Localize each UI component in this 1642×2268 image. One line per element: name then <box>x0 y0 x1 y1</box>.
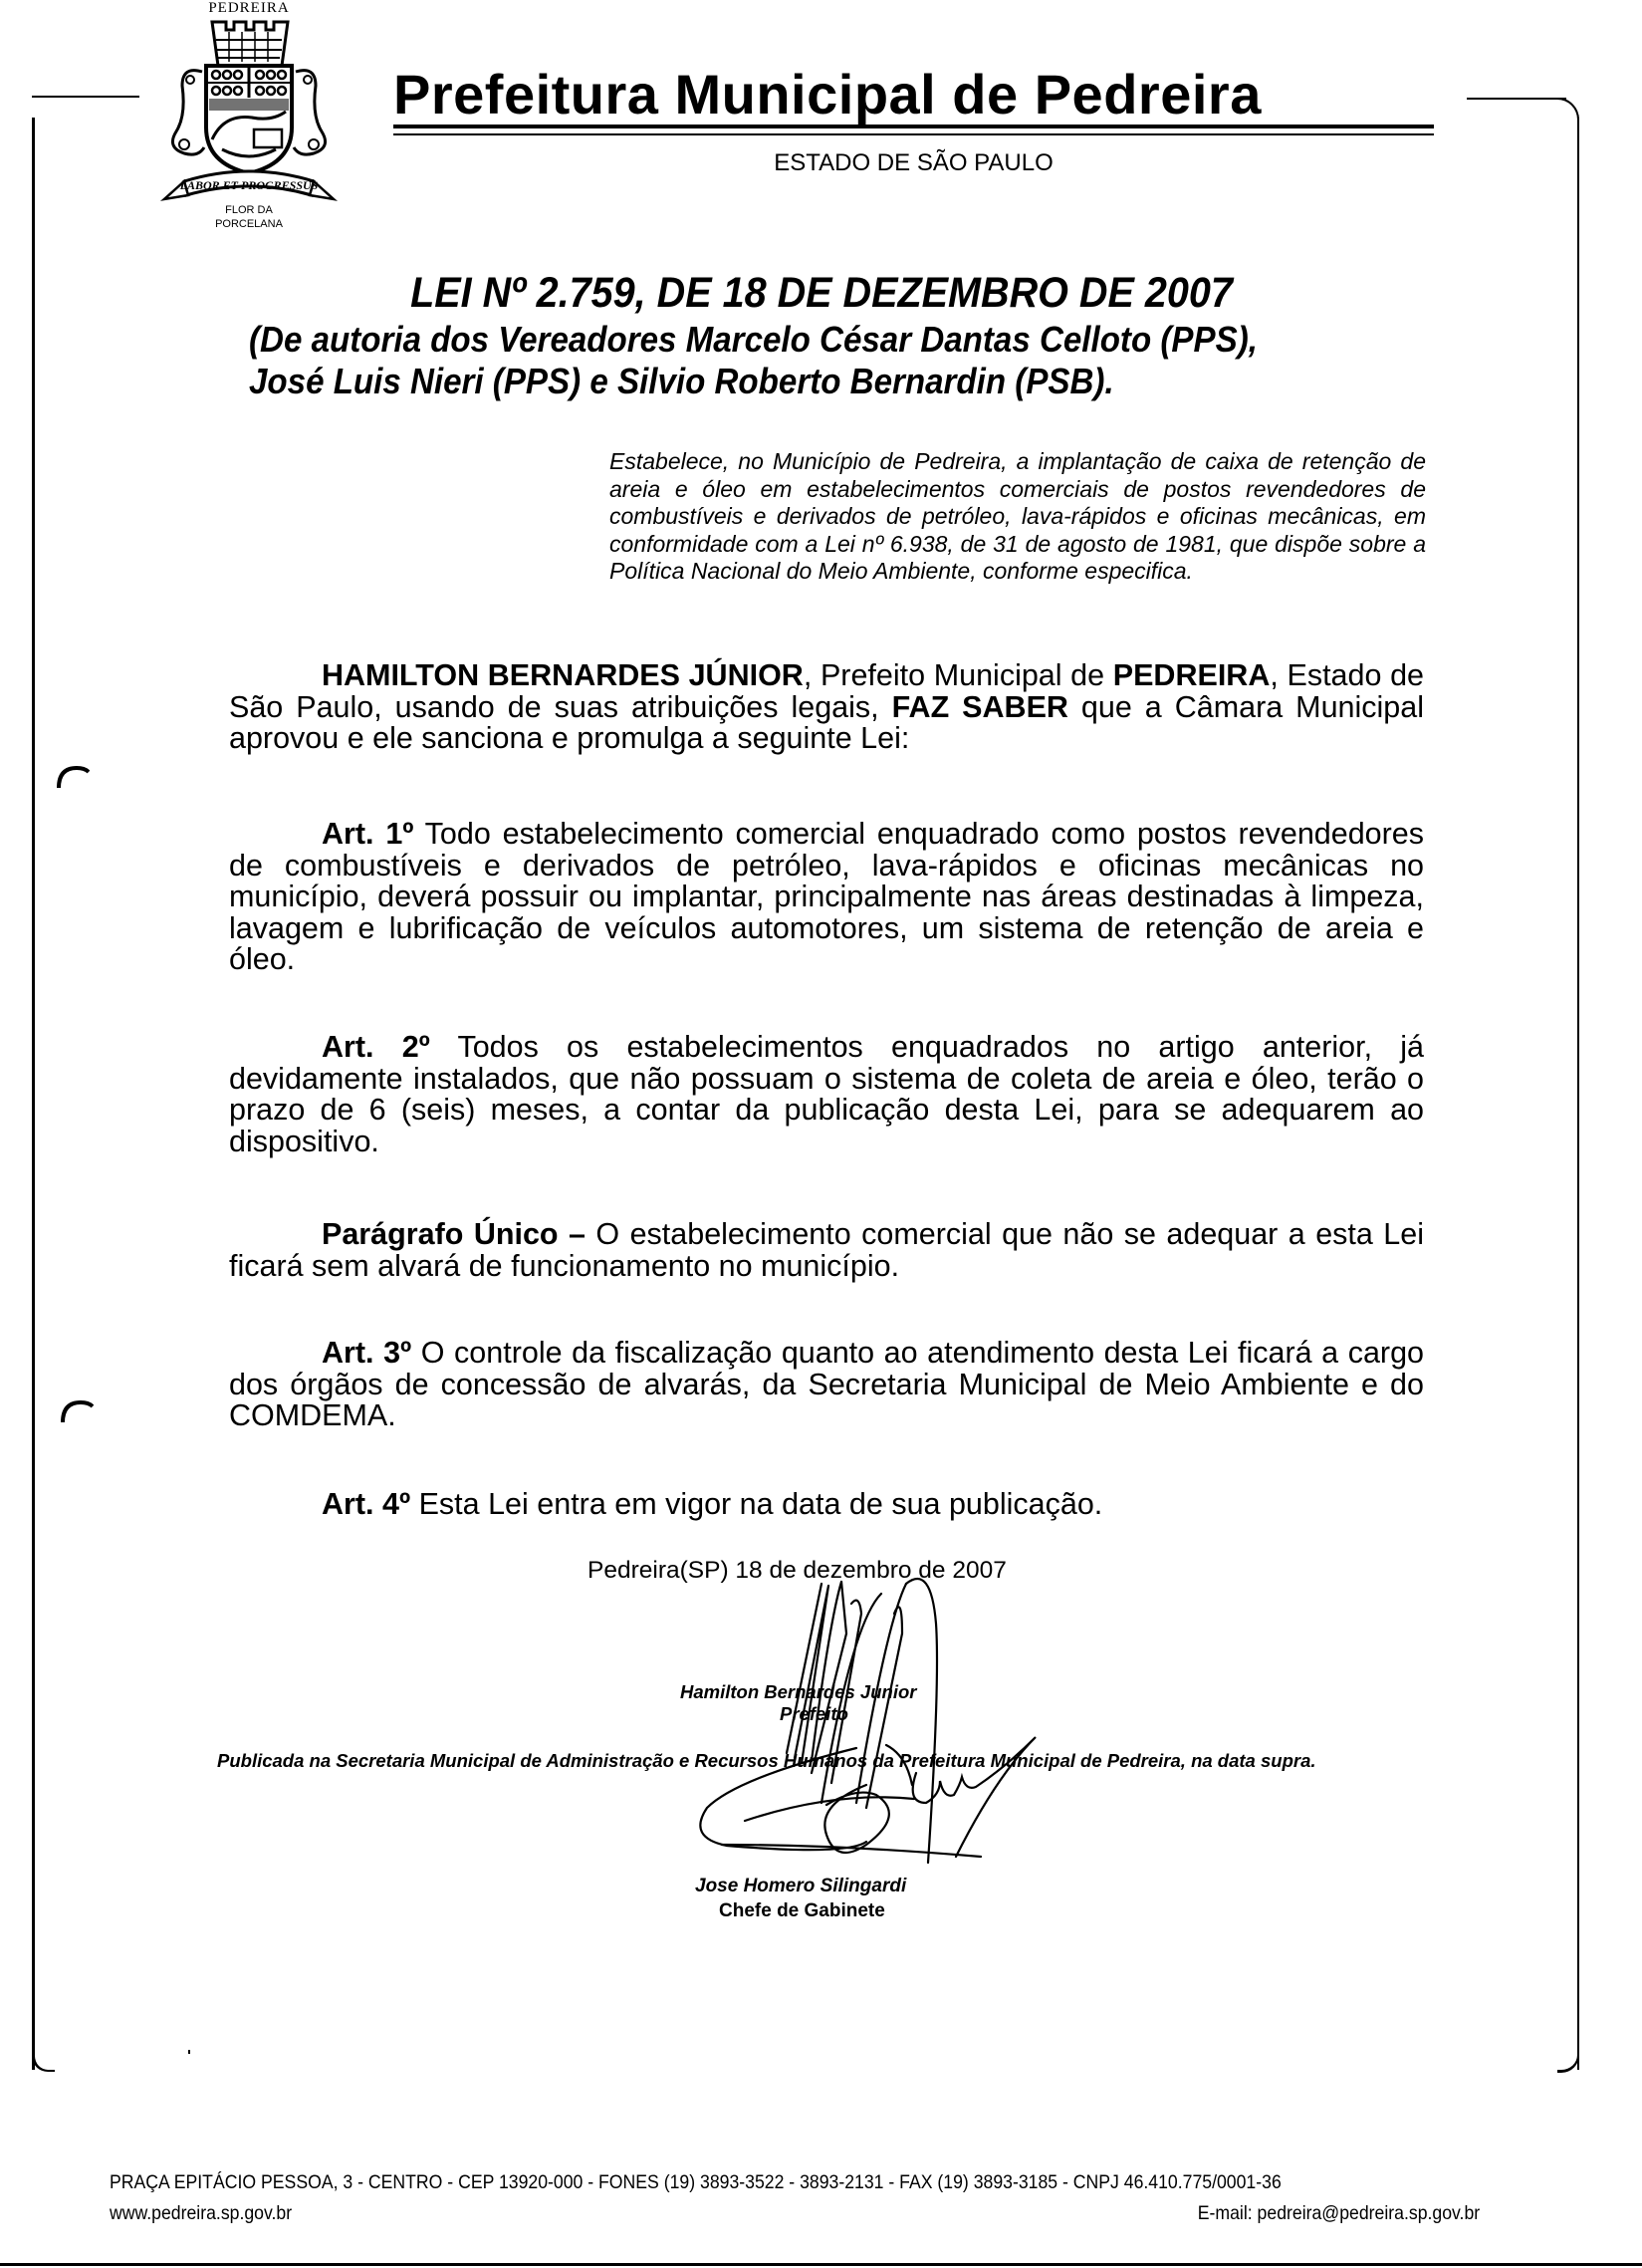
letterhead-title: Prefeitura Municipal de Pedreira <box>393 62 1262 126</box>
article-label: Art. 2º <box>322 1030 430 1064</box>
header-rule-thin <box>393 133 1434 135</box>
letterhead-subtitle: ESTADO DE SÃO PAULO <box>393 149 1434 177</box>
header-rule-thick <box>393 125 1434 128</box>
article-label: Art. 1º <box>322 817 413 851</box>
page-bottom-rule <box>0 2263 1642 2266</box>
article-4: Art. 4º Esta Lei entra em vigor na data … <box>229 1489 1424 1521</box>
article-label: Parágrafo Único – <box>322 1217 586 1251</box>
frame-line-right <box>1577 118 1579 2070</box>
footer-address: PRAÇA EPITÁCIO PESSOA, 3 - CENTRO - CEP … <box>110 2171 1282 2194</box>
article-1: Art. 1º Todo estabelecimento comercial e… <box>229 819 1424 976</box>
frame-line-top-left <box>32 96 139 98</box>
margin-punch-mark-icon <box>60 1396 94 1424</box>
handwritten-signature-icon <box>637 1574 1105 1892</box>
law-authors: (De autoria dos Vereadores Marcelo César… <box>249 319 1348 402</box>
chief-signature-name: Jose Homero Silingardi <box>695 1876 906 1897</box>
chief-signature-role: Chefe de Gabinete <box>719 1900 885 1922</box>
svg-text:FLOR DA: FLOR DA <box>225 204 273 216</box>
place-and-date: Pedreira(SP) 18 de dezembro de 2007 <box>587 1557 1007 1585</box>
law-ementa: Estabelece, no Município de Pedreira, a … <box>609 448 1426 586</box>
svg-text:LABOR ET PROGRESSUS: LABOR ET PROGRESSUS <box>179 178 319 192</box>
footer-email-link[interactable]: E-mail: pedreira@pedreira.sp.gov.br <box>1198 2202 1480 2225</box>
municipal-coat-of-arms-icon: LABOR ET PROGRESSUS FLOR DA PORCELANA <box>154 0 344 231</box>
article-2: Art. 2º Todos os estabelecimentos enquad… <box>229 1032 1424 1157</box>
paragrafo-unico: Parágrafo Único – O estabelecimento come… <box>229 1219 1424 1282</box>
svg-text:PORCELANA: PORCELANA <box>215 218 284 230</box>
law-title: LEI Nº 2.759, DE 18 DE DEZEMBRO DE 2007 <box>249 269 1394 318</box>
preamble-paragraph: HAMILTON BERNARDES JÚNIOR, Prefeito Muni… <box>229 660 1424 755</box>
mayor-signature-role: Prefeito <box>780 1703 848 1725</box>
frame-corner-bottom-right <box>1557 2054 1579 2073</box>
frame-line-top-right <box>1467 98 1566 100</box>
margin-punch-mark-icon <box>56 762 90 790</box>
mayor-name-bold: HAMILTON BERNARDES JÚNIOR <box>322 658 804 692</box>
frame-corner-bottom-left <box>32 2056 55 2072</box>
city-name-bold: PEDREIRA <box>1113 658 1271 692</box>
article-text: Esta Lei entra em vigor na data de sua p… <box>410 1487 1102 1521</box>
scan-speck <box>188 2050 190 2054</box>
faz-saber-bold: FAZ SABER <box>892 690 1068 724</box>
article-label: Art. 3º <box>322 1336 411 1370</box>
article-label: Art. 4º <box>322 1487 410 1521</box>
law-authors-line-1: (De autoria dos Vereadores Marcelo César… <box>249 319 1348 361</box>
mayor-signature-name: Hamilton Bernardes Junior <box>680 1681 916 1703</box>
publication-note: Publicada na Secretaria Municipal de Adm… <box>217 1750 1442 1772</box>
law-authors-line-2: José Luis Nieri (PPS) e Silvio Roberto B… <box>249 361 1348 402</box>
article-3: Art. 3º O controle da fiscalização quant… <box>229 1338 1424 1432</box>
frame-corner-top-right <box>1553 98 1579 124</box>
frame-line-left <box>32 118 35 2070</box>
footer-website-link[interactable]: www.pedreira.sp.gov.br <box>110 2202 292 2225</box>
